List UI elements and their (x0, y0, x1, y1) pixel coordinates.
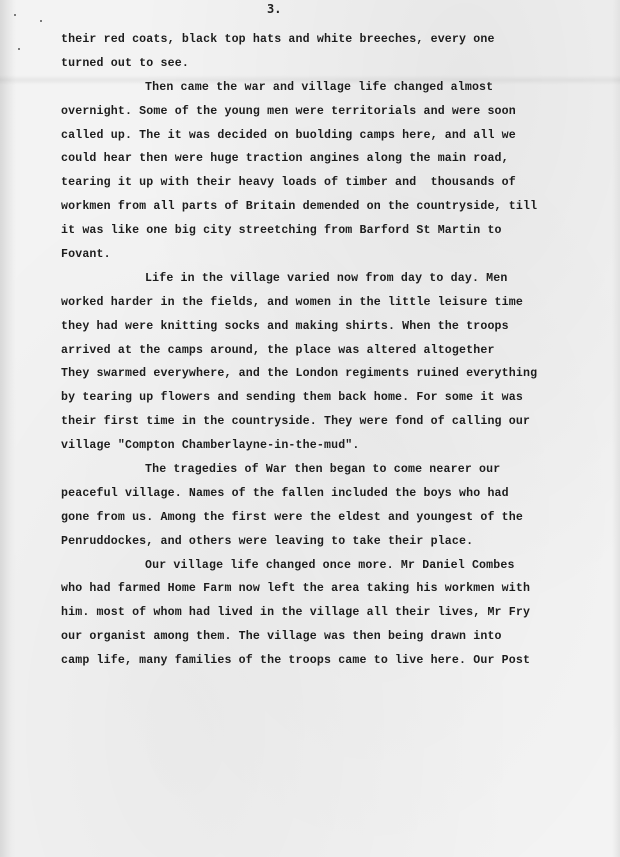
page-number: 3. (267, 2, 281, 16)
text-line: The tragedies of War then began to come … (61, 458, 601, 482)
paper-left-edge-shadow (0, 0, 16, 857)
text-line: called up. The it was decided on buoldin… (61, 124, 601, 148)
paragraph: Then came the war and village life chang… (61, 76, 601, 267)
text-line: turned out to see. (61, 52, 601, 76)
ink-speck (14, 14, 16, 16)
text-line: Then came the war and village life chang… (61, 76, 601, 100)
text-line: Life in the village varied now from day … (61, 267, 601, 291)
text-line: Our village life changed once more. Mr D… (61, 554, 601, 578)
text-line: could hear then were huge traction angin… (61, 147, 601, 171)
paragraph: The tragedies of War then began to come … (61, 458, 601, 554)
text-line: who had farmed Home Farm now left the ar… (61, 577, 601, 601)
text-line: they had were knitting socks and making … (61, 315, 601, 339)
document-body: their red coats, black top hats and whit… (61, 28, 601, 673)
text-line: peaceful village. Names of the fallen in… (61, 482, 601, 506)
paragraph: their red coats, black top hats and whit… (61, 28, 601, 76)
text-line: workmen from all parts of Britain demend… (61, 195, 601, 219)
ink-speck (18, 48, 20, 50)
text-line: Penruddockes, and others were leaving to… (61, 530, 601, 554)
text-line: worked harder in the fields, and women i… (61, 291, 601, 315)
text-line: their red coats, black top hats and whit… (61, 28, 601, 52)
text-line: overnight. Some of the young men were te… (61, 100, 601, 124)
text-line: tearing it up with their heavy loads of … (61, 171, 601, 195)
text-line: him. most of whom had lived in the villa… (61, 601, 601, 625)
ink-speck (40, 20, 42, 22)
text-line: their first time in the countryside. The… (61, 410, 601, 434)
text-line: gone from us. Among the first were the e… (61, 506, 601, 530)
paper-right-edge-shadow (612, 0, 620, 857)
text-line: it was like one big city streetching fro… (61, 219, 601, 243)
text-line: They swarmed everywhere, and the London … (61, 362, 601, 386)
text-line: village "Compton Chamberlayne-in-the-mud… (61, 434, 601, 458)
text-line: our organist among them. The village was… (61, 625, 601, 649)
text-line: by tearing up flowers and sending them b… (61, 386, 601, 410)
typewritten-page: 3. their red coats, black top hats and w… (0, 0, 620, 857)
paragraph: Life in the village varied now from day … (61, 267, 601, 458)
text-line: Fovant. (61, 243, 601, 267)
text-line: arrived at the camps around, the place w… (61, 339, 601, 363)
text-line: camp life, many families of the troops c… (61, 649, 601, 673)
paragraph: Our village life changed once more. Mr D… (61, 554, 601, 673)
